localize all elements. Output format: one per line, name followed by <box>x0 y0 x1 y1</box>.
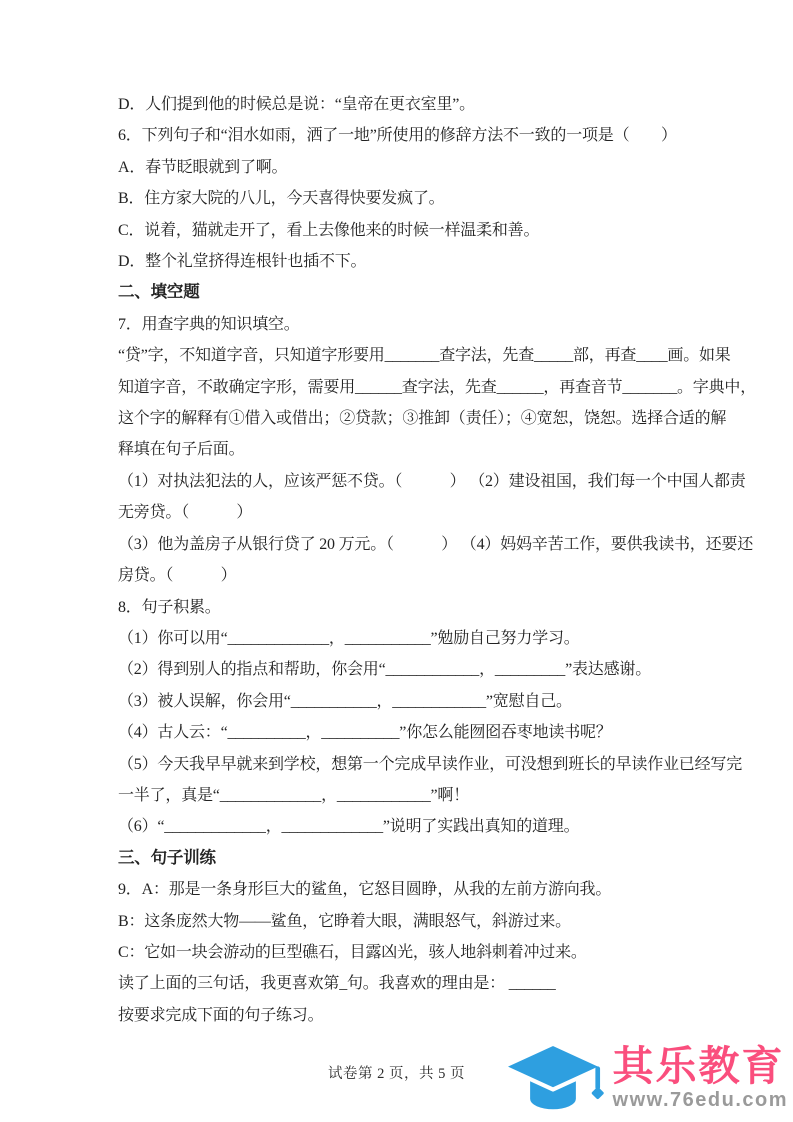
question-8-item-5-cont: 一半了，真是“_____________，____________”啊！ <box>118 780 738 811</box>
question-8-title: 8．句子积累。 <box>118 592 738 623</box>
brand-url: www.76edu.com <box>613 1088 788 1112</box>
prev-question-option-d: D．人们提到他的时候总是说：“皇帝在更衣室里”。 <box>118 89 738 120</box>
question-8-item-3: （3）被人误解，你会用“___________，____________”宽慰自… <box>118 686 738 717</box>
logo-text: 其乐教育 www.76edu.com <box>613 1030 788 1112</box>
question-6-option-d: D．整个礼堂挤得连根针也插不下。 <box>118 246 738 277</box>
question-7-line-1: “贷”字，不知道字音，只知道字形要用_______查字法，先查_____部，再查… <box>118 340 738 371</box>
question-6-option-b: B．住方家大院的八儿，今天喜得快要发疯了。 <box>118 183 738 214</box>
question-7-item-3-4: （3）他为盖房子从银行贷了 20 万元。（ ） （4）妈妈辛苦工作，要供我读书，… <box>118 529 738 560</box>
section-2-header: 二、填空题 <box>118 277 738 308</box>
exam-content: D．人们提到他的时候总是说：“皇帝在更衣室里”。 6．下列句子和“泪水如雨，洒了… <box>118 89 738 1031</box>
question-9-instruction: 按要求完成下面的句子练习。 <box>118 1000 738 1031</box>
question-7-item-2-cont: 无旁贷。（ ） <box>118 497 738 528</box>
question-9-choice-line: 读了上面的三句话，我更喜欢第_句。我喜欢的理由是： ______ <box>118 968 738 999</box>
question-6-option-a: A．春节眨眼就到了啊。 <box>118 152 738 183</box>
question-6-option-c: C．说着，猫就走开了，看上去像他来的时候一样温柔和善。 <box>118 215 738 246</box>
graduation-cap-icon <box>501 1036 605 1118</box>
exam-paper-page: D．人们提到他的时候总是说：“皇帝在更衣室里”。 6．下列句子和“泪水如雨，洒了… <box>0 0 793 1122</box>
question-9-sentence-a: 9．A：那是一条身形巨大的鲨鱼，它怒目圆睁，从我的左前方游向我。 <box>118 874 738 905</box>
question-7-line-2: 知道字音，不敢确定字形，需要用______查字法，先查______，再查音节__… <box>118 372 738 403</box>
question-8-item-6: （6）“_____________，_____________”说明了实践出真知… <box>118 811 738 842</box>
question-9-sentence-c: C：它如一块会游动的巨型礁石，目露凶光，骇人地斜刺着冲过来。 <box>118 937 738 968</box>
site-logo: 其乐教育 www.76edu.com <box>501 1030 788 1118</box>
section-3-header: 三、句子训练 <box>118 843 738 874</box>
question-7-line-4: 释填在句子后面。 <box>118 434 738 465</box>
question-8-item-2: （2）得到别人的指点和帮助，你会用“____________，_________… <box>118 654 738 685</box>
question-8-item-4: （4）古人云：“__________，__________”你怎么能囫囵吞枣地读… <box>118 717 738 748</box>
question-8-item-1: （1）你可以用“_____________，___________”勉励自己努力… <box>118 623 738 654</box>
question-8-item-5: （5）今天我早早就来到学校，想第一个完成早读作业，可没想到班长的早读作业已经写完 <box>118 749 738 780</box>
question-7-title: 7．用查字典的知识填空。 <box>118 309 738 340</box>
question-9-sentence-b: B：这条庞然大物——鲨鱼，它睁着大眼，满眼怒气，斜游过来。 <box>118 906 738 937</box>
question-6: 6．下列句子和“泪水如雨，洒了一地”所使用的修辞方法不一致的一项是（ ） <box>118 120 738 151</box>
question-7-line-3: 这个字的解释有①借入或借出；②贷款；③推卸（责任）；④宽恕，饶恕。选择合适的解 <box>118 403 738 434</box>
brand-name: 其乐教育 <box>613 1044 788 1088</box>
question-7-item-1-2: （1）对执法犯法的人，应该严惩不贷。（ ） （2）建设祖国，我们每一个中国人都责 <box>118 466 738 497</box>
question-7-item-4-cont: 房贷。（ ） <box>118 560 738 591</box>
